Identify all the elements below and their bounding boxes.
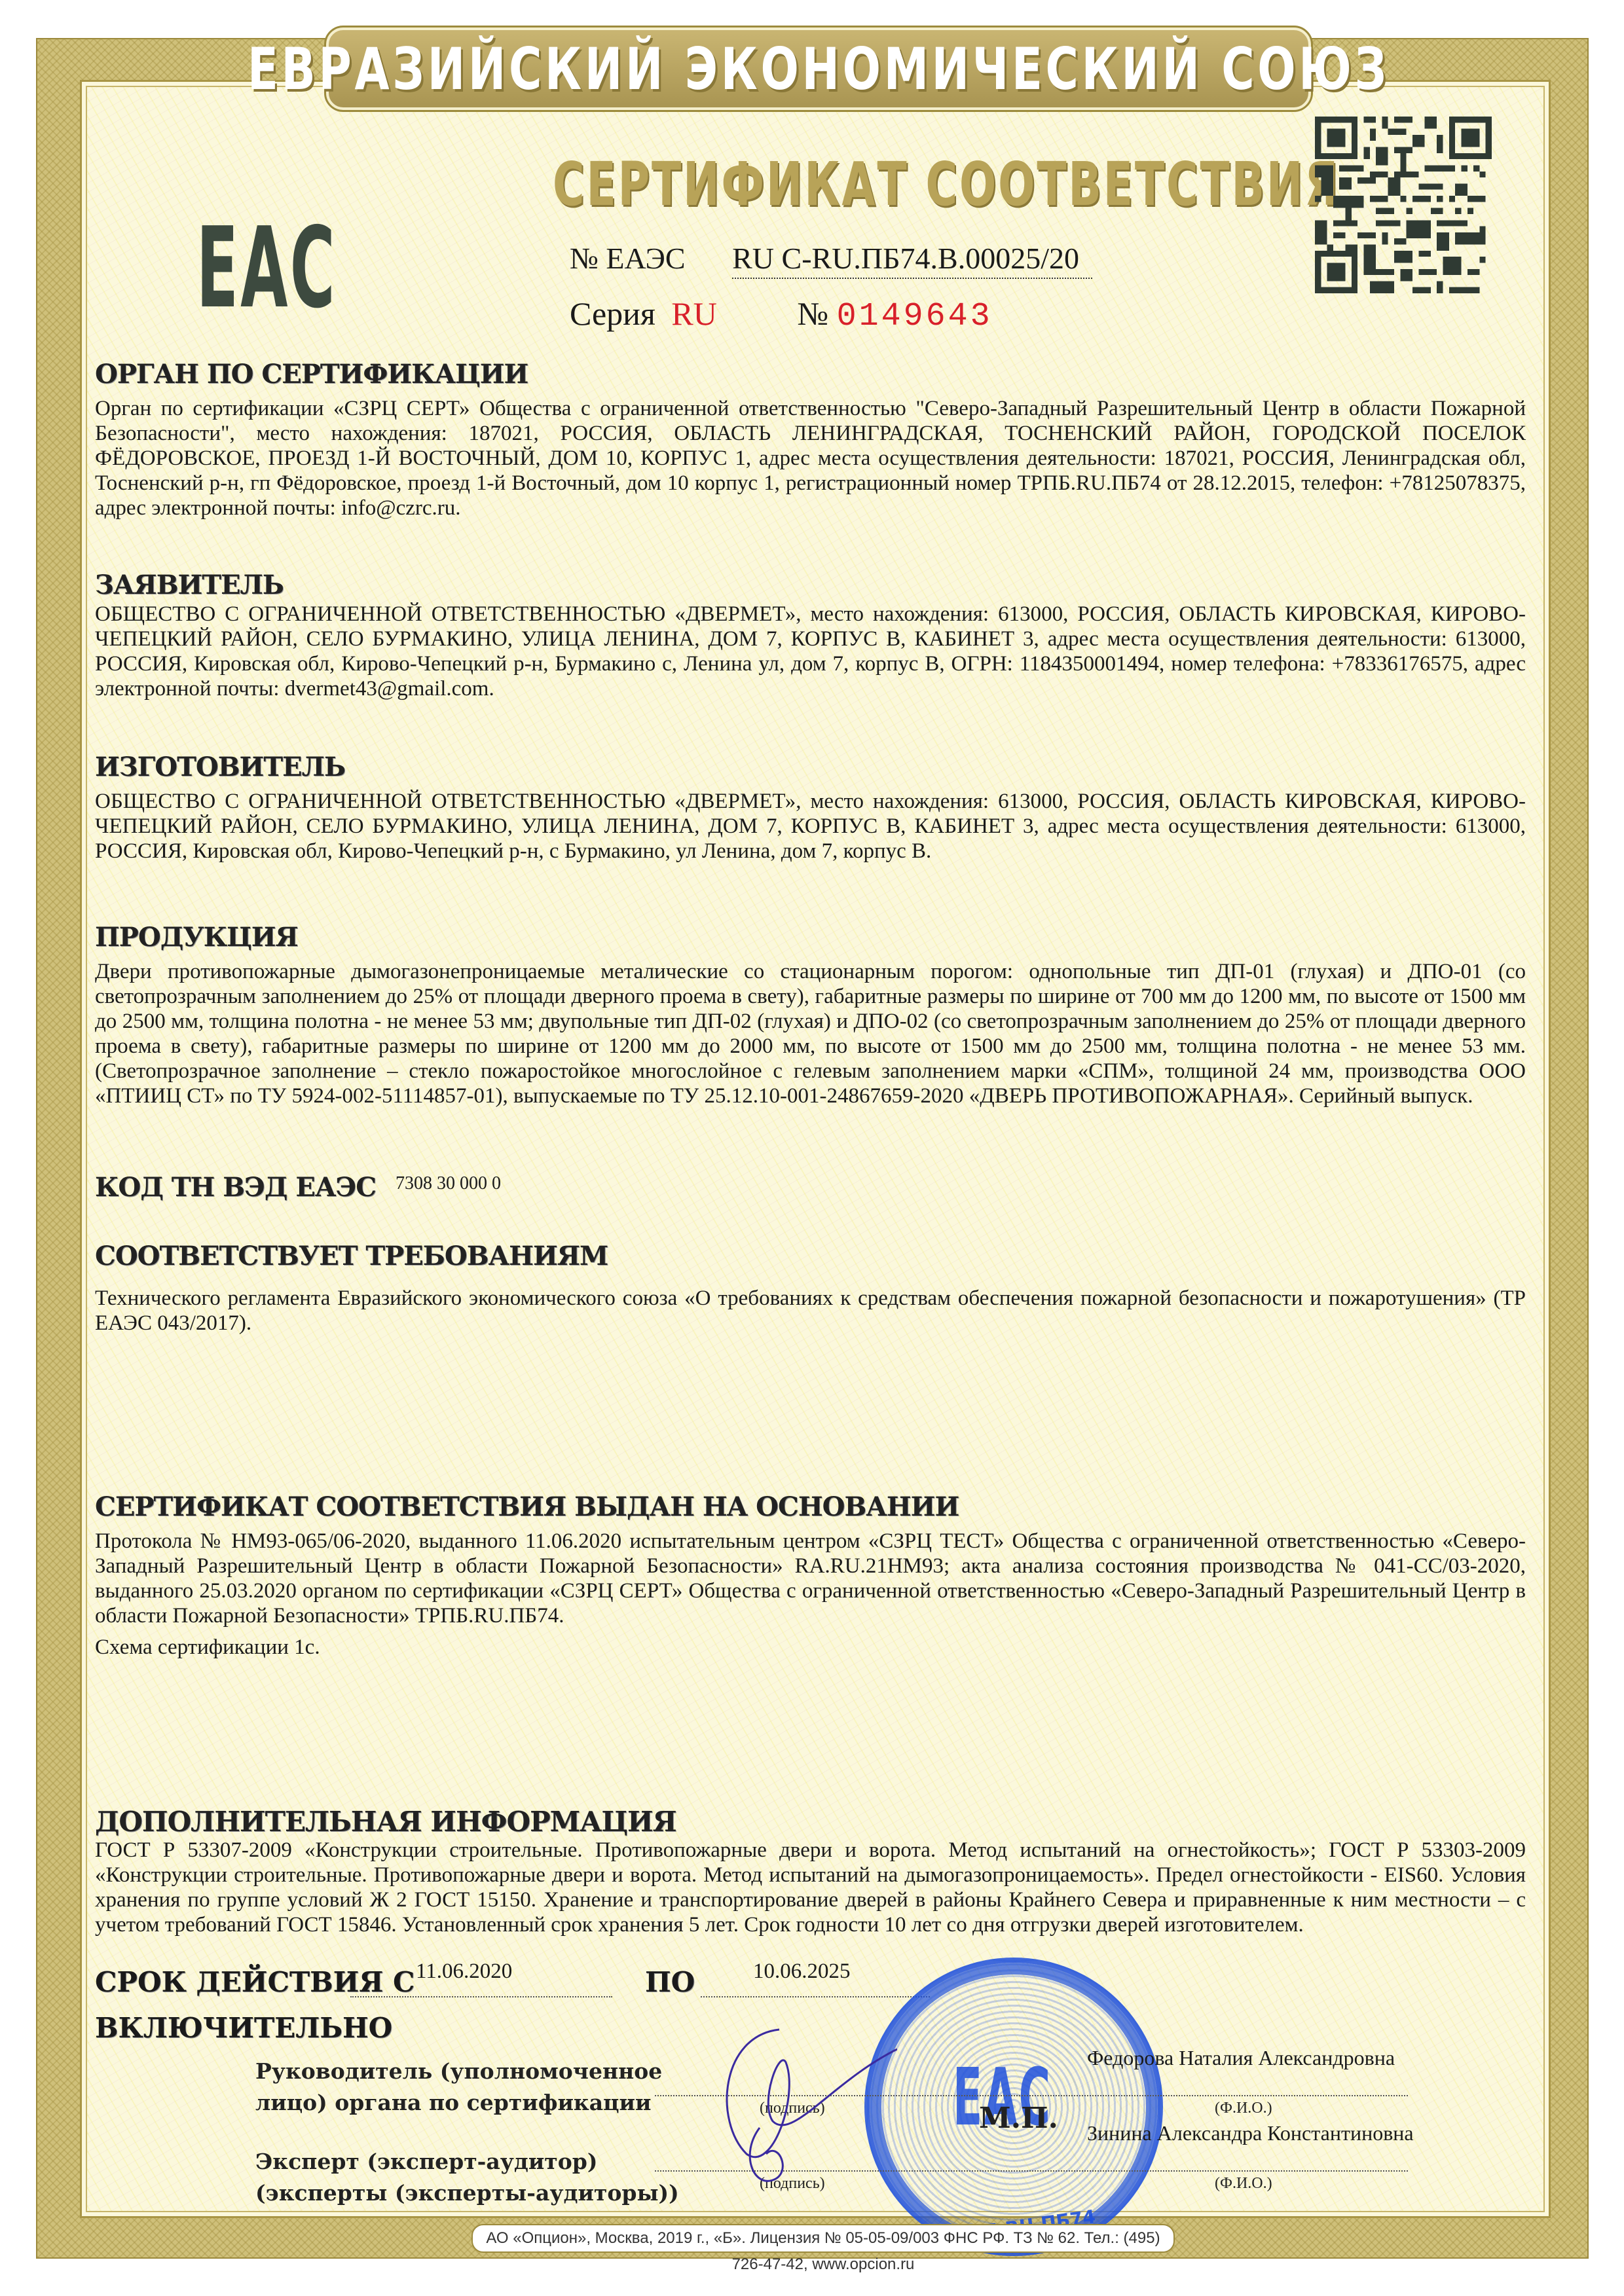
section-heading: ПРОДУКЦИЯ	[95, 922, 1526, 953]
validity-from-label: СРОК ДЕЙСТВИЯ С	[95, 1966, 415, 1998]
blank-number-label: №	[797, 295, 828, 332]
certificate-number-value: RU C-RU.ПБ74.В.00025/20	[732, 242, 1092, 279]
section-applicant: ЗАЯВИТЕЛЬ ОБЩЕСТВО С ОГРАНИЧЕННОЙ ОТВЕТС…	[95, 570, 1526, 701]
expert-label-line1: Эксперт (эксперт-аудитор)	[255, 2146, 679, 2178]
section-heading: КОД ТН ВЭД ЕАЭС	[95, 1172, 376, 1203]
head-signatory-label: Руководитель (уполномоченное лицо) орган…	[255, 2056, 662, 2119]
section-heading: СООТВЕТСТВУЕТ ТРЕБОВАНИЯМ	[95, 1241, 1526, 1271]
section-heading: ИЗГОТОВИТЕЛЬ	[95, 752, 1526, 782]
seal-placeholder-label: М.П.	[979, 2102, 1058, 2135]
section-certification-body: ОРГАН ПО СЕРТИФИКАЦИИ Орган по сертифика…	[95, 359, 1526, 520]
section-heading: ОРГАН ПО СЕРТИФИКАЦИИ	[95, 359, 1526, 390]
section-text: Орган по сертификации «СЗРЦ СЕРТ» Общест…	[95, 396, 1526, 520]
section-basis: СЕРТИФИКАТ СООТВЕТСТВИЯ ВЫДАН НА ОСНОВАН…	[95, 1491, 1526, 1660]
blank-series: Серия RU № 0149643	[570, 295, 993, 335]
blank-number-value: 0149643	[837, 298, 993, 335]
certificate-title: СЕРТИФИКАТ СООТВЕТСТВИЯ	[553, 149, 1071, 219]
section-additional-info: ДОПОЛНИТЕЛЬНАЯ ИНФОРМАЦИЯ ГОСТ Р 53307-2…	[95, 1806, 1526, 1937]
section-text: Протокола № НМ93-065/06-2020, выданного …	[95, 1529, 1526, 1628]
expert-name: Зинина Александра Константиновна	[1087, 2121, 1414, 2145]
section-tn-ved: КОД ТН ВЭД ЕАЭС 7308 30 000 0	[95, 1172, 1526, 1203]
certificate-number-label: № ЕАЭС	[570, 242, 686, 275]
certificate-number: № ЕАЭС RU C-RU.ПБ74.В.00025/20	[570, 241, 1092, 276]
validity-to-line	[701, 1996, 930, 1997]
qr-code-icon	[1315, 117, 1492, 293]
section-heading: СЕРТИФИКАТ СООТВЕТСТВИЯ ВЫДАН НА ОСНОВАН…	[95, 1491, 1526, 1522]
head-name: Федорова Наталия Александровна	[1087, 2046, 1395, 2070]
union-banner-text: ЕВРАЗИЙСКИЙ ЭКОНОМИЧЕСКИЙ СОЮЗ	[248, 35, 1390, 103]
handwritten-signature-icon	[701, 2023, 897, 2193]
section-manufacturer: ИЗГОТОВИТЕЛЬ ОБЩЕСТВО С ОГРАНИЧЕННОЙ ОТВ…	[95, 752, 1526, 864]
head-label-line1: Руководитель (уполномоченное	[255, 2056, 662, 2087]
validity-from-date: 11.06.2020	[416, 1959, 512, 1984]
section-compliance: СООТВЕТСТВУЕТ ТРЕБОВАНИЯМ Технического р…	[95, 1241, 1526, 1336]
printer-imprint: АО «Опцион», Москва, 2019 г., «Б». Лицен…	[471, 2224, 1175, 2253]
validity-inclusive-label: ВКЛЮЧИТЕЛЬНО	[95, 2012, 392, 2044]
eac-mark-icon: EAC	[196, 213, 337, 324]
section-text: ГОСТ Р 53307-2009 «Конструкции строитель…	[95, 1838, 1526, 1937]
section-heading: ЗАЯВИТЕЛЬ	[95, 570, 1526, 600]
tn-ved-code: 7308 30 000 0	[396, 1173, 501, 1194]
section-product: ПРОДУКЦИЯ Двери противопожарные дымогазо…	[95, 922, 1526, 1108]
validity-from-line	[350, 1996, 612, 1997]
section-text: Двери противопожарные дымогазонепроницае…	[95, 959, 1526, 1108]
expert-label-line2: (эксперты (эксперты-аудиторы))	[255, 2178, 679, 2209]
validity-to-label: ПО	[645, 1966, 695, 1998]
series-label: Серия	[570, 295, 655, 332]
union-banner: ЕВРАЗИЙСКИЙ ЭКОНОМИЧЕСКИЙ СОЮЗ	[326, 27, 1311, 110]
head-label-line2: лицо) органа по сертификации	[255, 2087, 662, 2119]
section-text: ОБЩЕСТВО С ОГРАНИЧЕННОЙ ОТВЕТСТВЕННОСТЬЮ…	[95, 602, 1526, 701]
validity-to-date: 10.06.2025	[753, 1959, 851, 1984]
section-heading: ДОПОЛНИТЕЛЬНАЯ ИНФОРМАЦИЯ	[95, 1806, 1526, 1838]
head-name-caption: (Ф.И.О.)	[1215, 2100, 1272, 2117]
certification-scheme: Схема сертификации 1с.	[95, 1635, 1526, 1660]
section-text: ОБЩЕСТВО С ОГРАНИЧЕННОЙ ОТВЕТСТВЕННОСТЬЮ…	[95, 789, 1526, 864]
expert-name-caption: (Ф.И.О.)	[1215, 2175, 1272, 2193]
section-text: Технического регламента Евразийского эко…	[95, 1286, 1526, 1336]
expert-signatory-label: Эксперт (эксперт-аудитор) (эксперты (экс…	[255, 2146, 679, 2209]
series-value: RU	[671, 295, 716, 332]
